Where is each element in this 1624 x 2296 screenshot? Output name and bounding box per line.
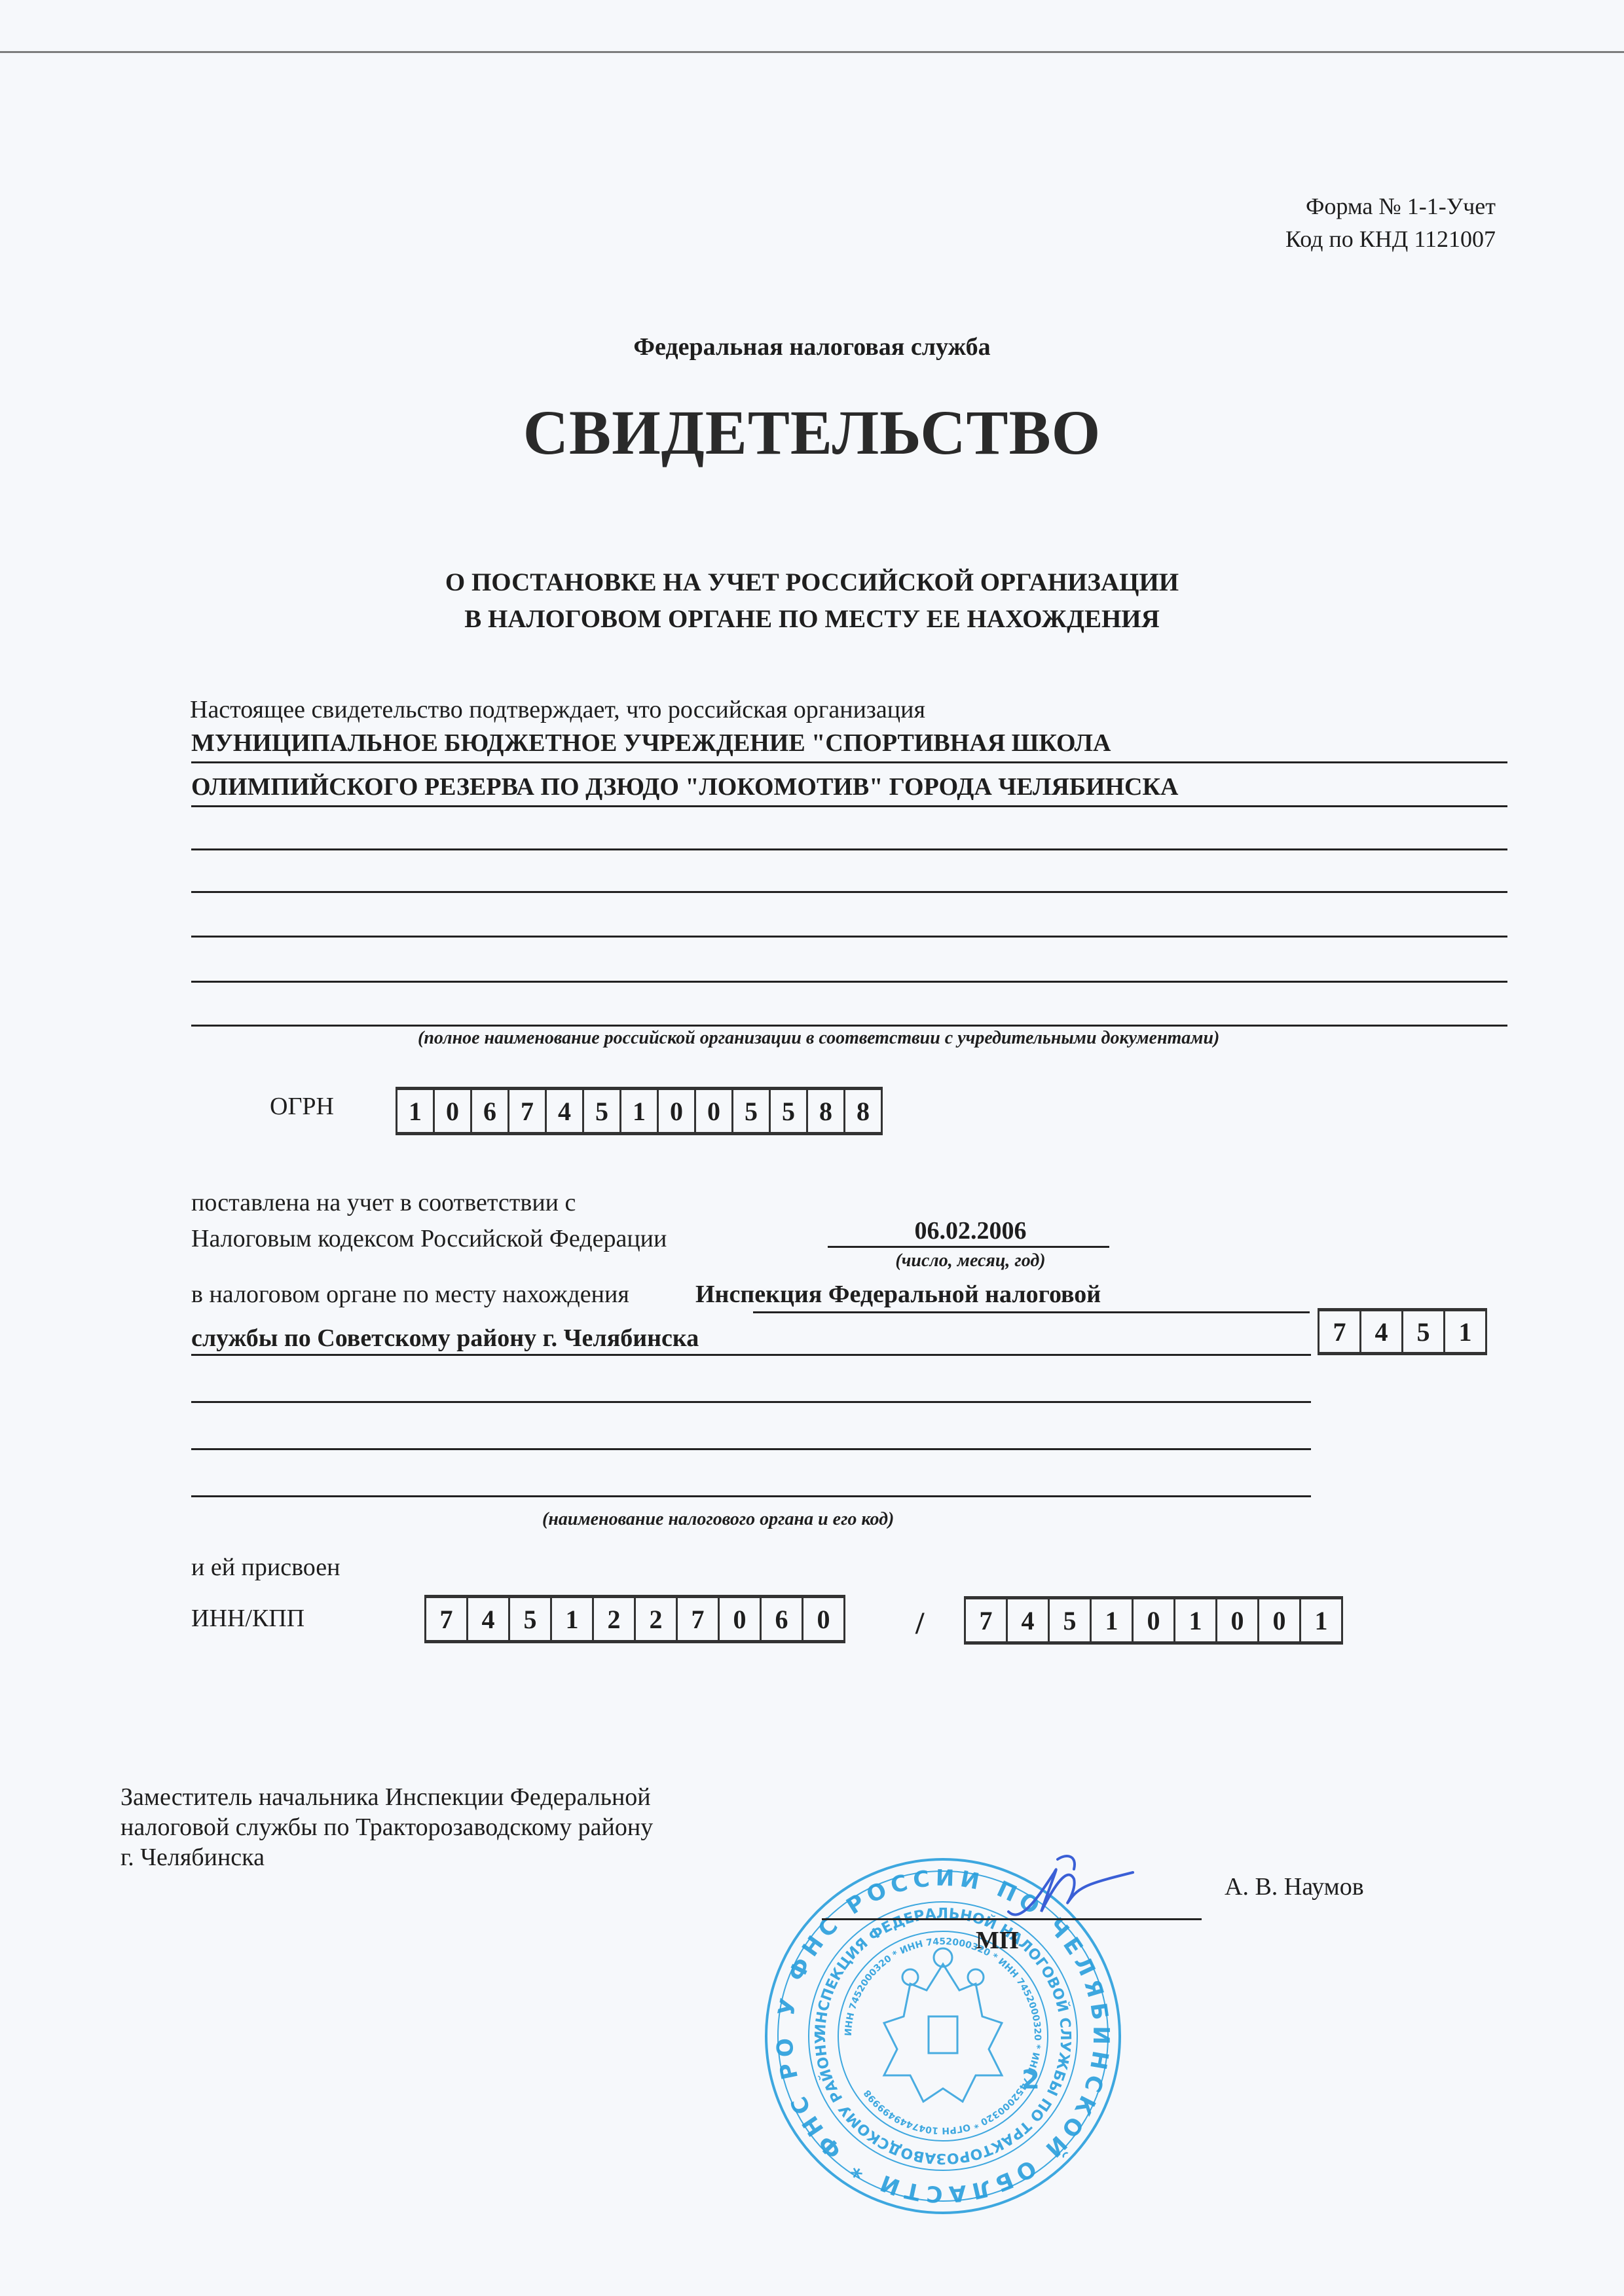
svg-text:2: 2 [1022, 2065, 1040, 2095]
subtitle-line-2: В НАЛОГОВОМ ОРГАНЕ ПО МЕСТУ ЕЕ НАХОЖДЕНИ… [0, 601, 1624, 638]
organization-name-line-2: ОЛИМПИЙСКОГО РЕЗЕРВА ПО ДЗЮДО "ЛОКОМОТИВ… [191, 773, 1179, 801]
kpp-digit: 0 [1217, 1599, 1259, 1641]
inn-digit: 7 [426, 1598, 468, 1640]
document-subtitle: О ПОСТАНОВКЕ НА УЧЕТ РОССИЙСКОЙ ОРГАНИЗА… [0, 564, 1624, 638]
ogrn-digit: 1 [621, 1090, 659, 1132]
ogrn-digit: 8 [845, 1090, 883, 1132]
assigned-label: и ей присвоен [191, 1553, 340, 1582]
ogrn-digit: 6 [472, 1090, 509, 1132]
signature-line [822, 1918, 1202, 1920]
ogrn-digit: 5 [584, 1090, 621, 1132]
authority-caption: (наименование налогового органа и его ко… [542, 1509, 894, 1530]
registration-date: 06.02.2006 [832, 1216, 1109, 1245]
ogrn-digit: 5 [733, 1090, 771, 1132]
form-header: Форма № 1-1-Учет Код по КНД 1121007 [1285, 190, 1496, 255]
position-line-3: г. Челябинска [120, 1842, 653, 1872]
tax-authority-code-boxes: 7451 [1318, 1308, 1487, 1355]
organization-caption: (полное наименование российской организа… [418, 1028, 1219, 1049]
position-line-2: налоговой службы по Тракторозаводскому р… [120, 1812, 653, 1842]
authority-code-digit: 1 [1445, 1311, 1487, 1352]
kpp-digit: 1 [1175, 1599, 1217, 1641]
kpp-digit: 1 [1092, 1599, 1134, 1641]
blank-line [191, 1025, 1507, 1027]
ogrn-digit: 8 [808, 1090, 845, 1132]
blank-line [191, 1495, 1311, 1497]
position-line-1: Заместитель начальника Инспекции Федерал… [120, 1782, 653, 1812]
kpp-digit-boxes: 745101001 [964, 1596, 1343, 1645]
inn-digit: 5 [510, 1598, 552, 1640]
underline [191, 761, 1507, 763]
blank-line [191, 1401, 1311, 1403]
ogrn-digit: 0 [659, 1090, 696, 1132]
knd-code: Код по КНД 1121007 [1285, 223, 1496, 255]
ogrn-digit: 0 [696, 1090, 733, 1132]
ogrn-digit: 7 [509, 1090, 547, 1132]
organization-name-line-1: МУНИЦИПАЛЬНОЕ БЮДЖЕТНОЕ УЧРЕЖДЕНИЕ "СПОР… [191, 729, 1111, 757]
inn-digit: 4 [468, 1598, 510, 1640]
ogrn-digit: 5 [771, 1090, 808, 1132]
inn-digit: 2 [594, 1598, 636, 1640]
signatory-position: Заместитель начальника Инспекции Федерал… [120, 1782, 653, 1872]
ogrn-digit-boxes: 1067451005588 [396, 1087, 883, 1135]
date-caption: (число, месяц, год) [832, 1250, 1109, 1271]
registration-line-2: Налоговым кодексом Российской Федерации [191, 1224, 667, 1253]
kpp-digit: 7 [966, 1599, 1008, 1641]
kpp-digit: 0 [1134, 1599, 1175, 1641]
inn-kpp-label: ИНН/КПП [191, 1604, 304, 1633]
ogrn-digit: 1 [397, 1090, 435, 1132]
registration-line-1: поставлена на учет в соответствии с [191, 1188, 576, 1217]
seal-placeholder-label: МП [976, 1926, 1018, 1955]
inn-digit-boxes: 7451227060 [424, 1595, 845, 1643]
inn-digit: 2 [636, 1598, 678, 1640]
authority-code-digit: 4 [1361, 1311, 1403, 1352]
inn-digit: 7 [678, 1598, 720, 1640]
authority-code-digit: 7 [1319, 1311, 1361, 1352]
blank-line [191, 981, 1507, 983]
form-number: Форма № 1-1-Учет [1285, 190, 1496, 223]
inn-digit: 0 [720, 1598, 762, 1640]
blank-line [191, 1448, 1311, 1450]
inn-digit: 6 [762, 1598, 803, 1640]
date-underline [828, 1246, 1109, 1248]
authority-intro: в налоговом органе по месту нахождения [191, 1280, 629, 1309]
tax-authority-name-line-1: Инспекция Федеральной налоговой [695, 1280, 1101, 1309]
underline [753, 1311, 1310, 1313]
inn-digit: 1 [552, 1598, 594, 1640]
kpp-digit: 4 [1008, 1599, 1050, 1641]
kpp-digit: 1 [1301, 1599, 1343, 1641]
underline [191, 1354, 1311, 1356]
scan-edge-line [0, 51, 1624, 53]
ogrn-digit: 0 [435, 1090, 472, 1132]
kpp-digit: 0 [1259, 1599, 1301, 1641]
authority-code-digit: 5 [1403, 1311, 1445, 1352]
inn-kpp-separator: / [915, 1605, 924, 1641]
inn-digit: 0 [803, 1598, 845, 1640]
organization-intro: Настоящее свидетельство подтверждает, чт… [190, 695, 925, 724]
document-title: СВИДЕТЕЛЬСТВО [0, 396, 1624, 469]
ogrn-digit: 4 [547, 1090, 584, 1132]
kpp-digit: 5 [1050, 1599, 1092, 1641]
underline [191, 805, 1507, 807]
issuing-authority: Федеральная налоговая служба [0, 333, 1624, 361]
blank-line [191, 891, 1507, 893]
blank-line [191, 848, 1507, 850]
ogrn-label: ОГРН [270, 1092, 334, 1121]
blank-line [191, 936, 1507, 938]
signatory-name: А. В. Наумов [1225, 1872, 1364, 1901]
subtitle-line-1: О ПОСТАНОВКЕ НА УЧЕТ РОССИЙСКОЙ ОРГАНИЗА… [0, 564, 1624, 601]
tax-authority-name-line-2: службы по Советскому району г. Челябинск… [191, 1324, 699, 1353]
